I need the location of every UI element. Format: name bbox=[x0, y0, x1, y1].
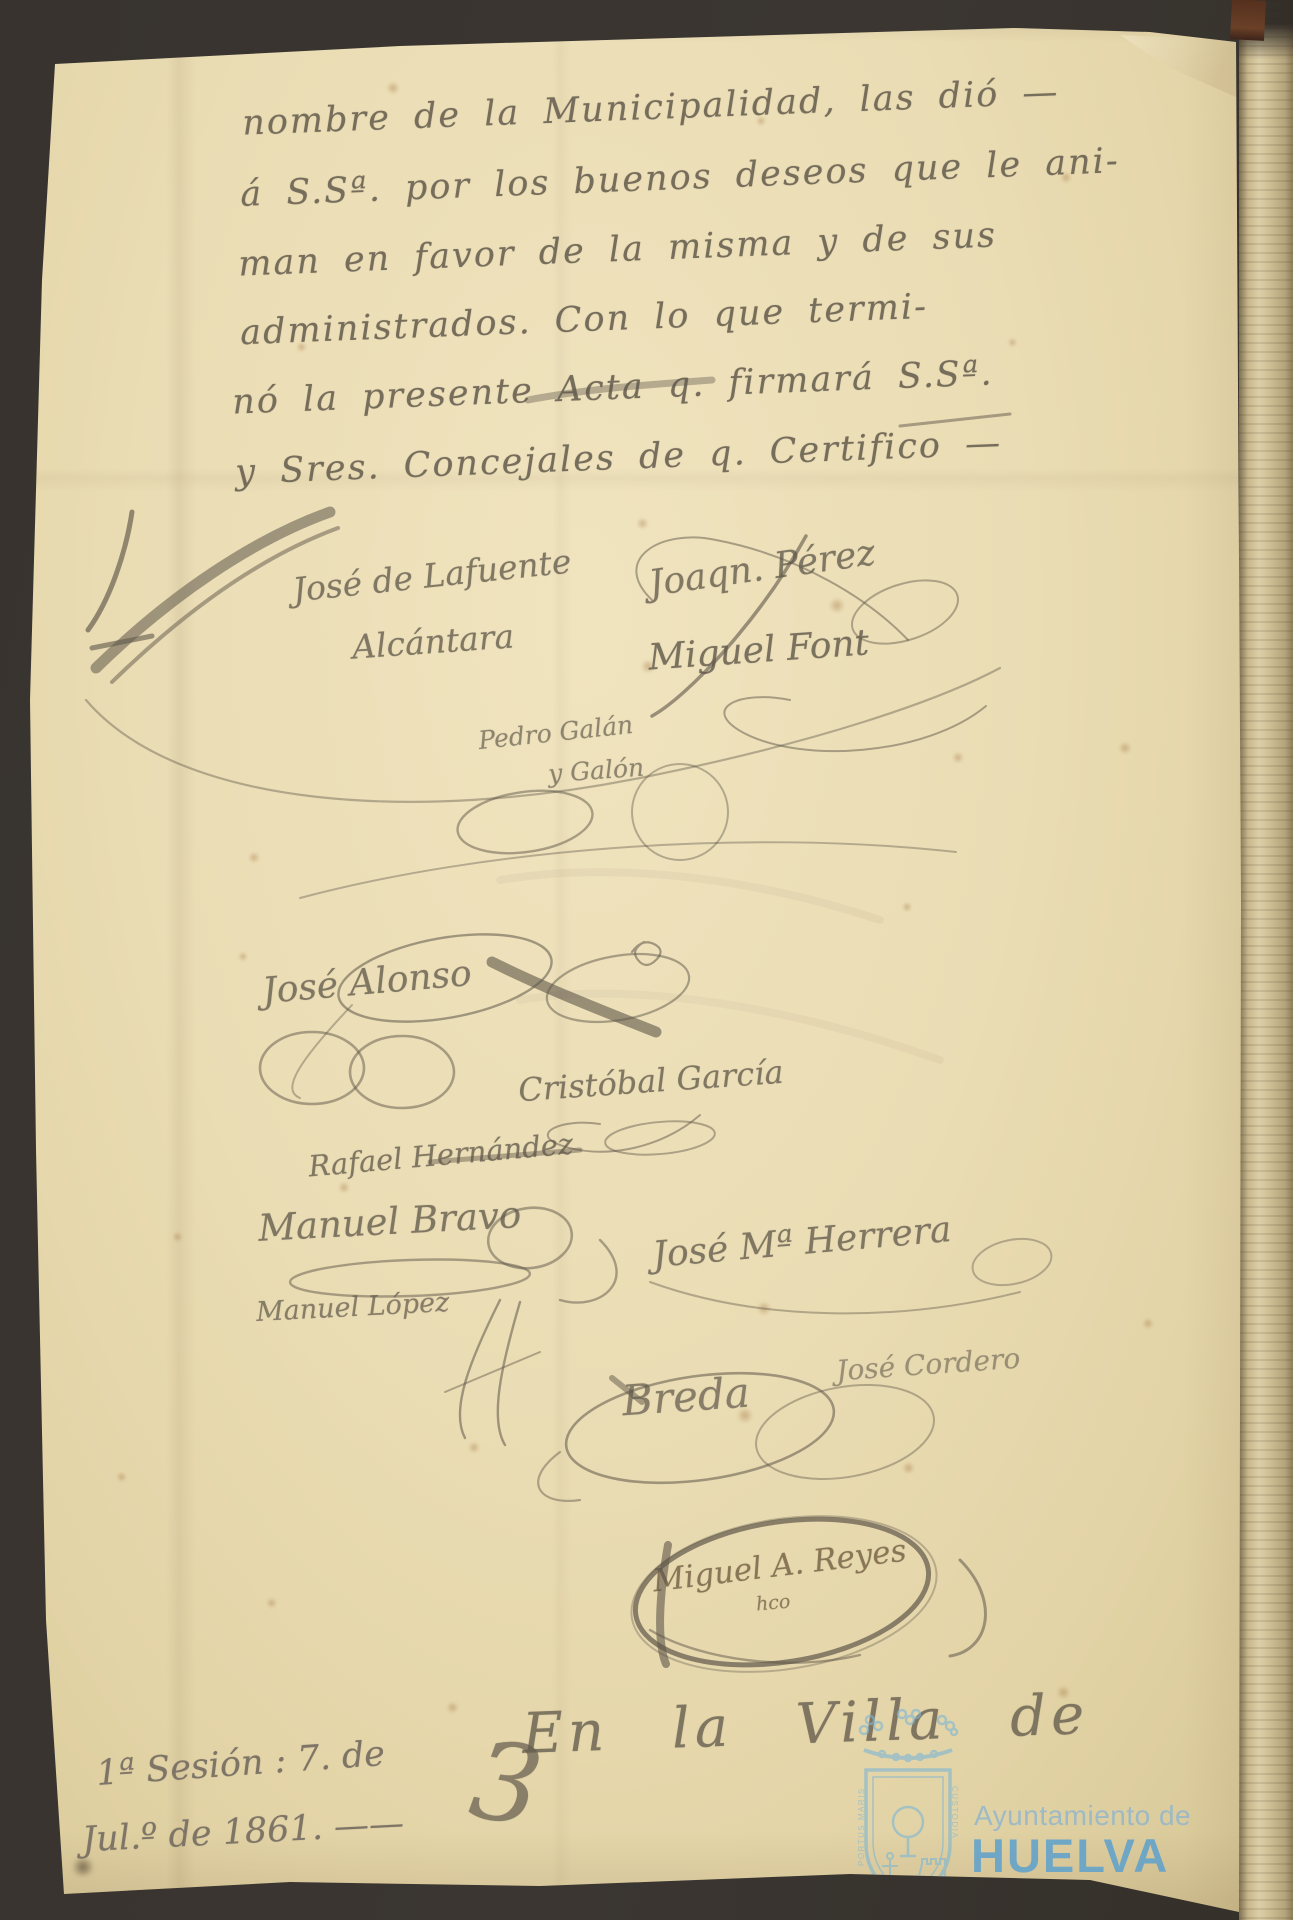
foxing-spot bbox=[636, 518, 649, 529]
foxing-spot bbox=[238, 952, 248, 961]
foxing-spot bbox=[1008, 338, 1017, 347]
crest-tree-trunk bbox=[900, 1837, 916, 1856]
foxing-spot bbox=[468, 1442, 480, 1453]
foxing-spot bbox=[248, 852, 260, 863]
spine-leather-tab bbox=[1230, 0, 1266, 41]
watermark-city-text: HUELVA bbox=[971, 1828, 1169, 1883]
foxing-spot bbox=[1118, 742, 1132, 754]
foxing-spot bbox=[386, 82, 400, 94]
scanned-document-photo: nombre de la Municipalidad, las dió — á … bbox=[0, 0, 1293, 1920]
crest-motto-right: CUSTODIA bbox=[950, 1786, 959, 1839]
signature-breda: Breda bbox=[620, 1368, 751, 1426]
signature-reyes-abbreviation: hco bbox=[755, 1591, 791, 1616]
foxing-spot bbox=[756, 1302, 772, 1315]
foxing-spot bbox=[338, 1182, 350, 1193]
foxing-spot bbox=[902, 1462, 915, 1474]
foxing-spot bbox=[446, 1702, 459, 1713]
paper-texture bbox=[0, 0, 1293, 1920]
foxing-spot bbox=[902, 902, 912, 912]
huelva-crest-watermark: PORTUS MARIS CUSTODIA bbox=[852, 1706, 964, 1918]
document-page: nombre de la Municipalidad, las dió — á … bbox=[0, 0, 1293, 1920]
crest-tree bbox=[893, 1807, 923, 1837]
foxing-spot bbox=[116, 1472, 127, 1482]
crest-motto-left: PORTUS MARIS bbox=[857, 1787, 866, 1866]
foxing-spot bbox=[828, 598, 846, 613]
foxing-spot bbox=[952, 752, 964, 763]
crest-shield-inner bbox=[873, 1777, 943, 1893]
foxing-spot bbox=[1142, 1318, 1154, 1329]
ink-smudge bbox=[70, 1858, 96, 1876]
crest-anchor bbox=[880, 1853, 900, 1882]
crest-tower bbox=[917, 1859, 945, 1884]
foxing-spot bbox=[172, 1232, 183, 1242]
book-page-block-edge bbox=[1239, 0, 1293, 1920]
foxing-spot bbox=[266, 1598, 277, 1608]
